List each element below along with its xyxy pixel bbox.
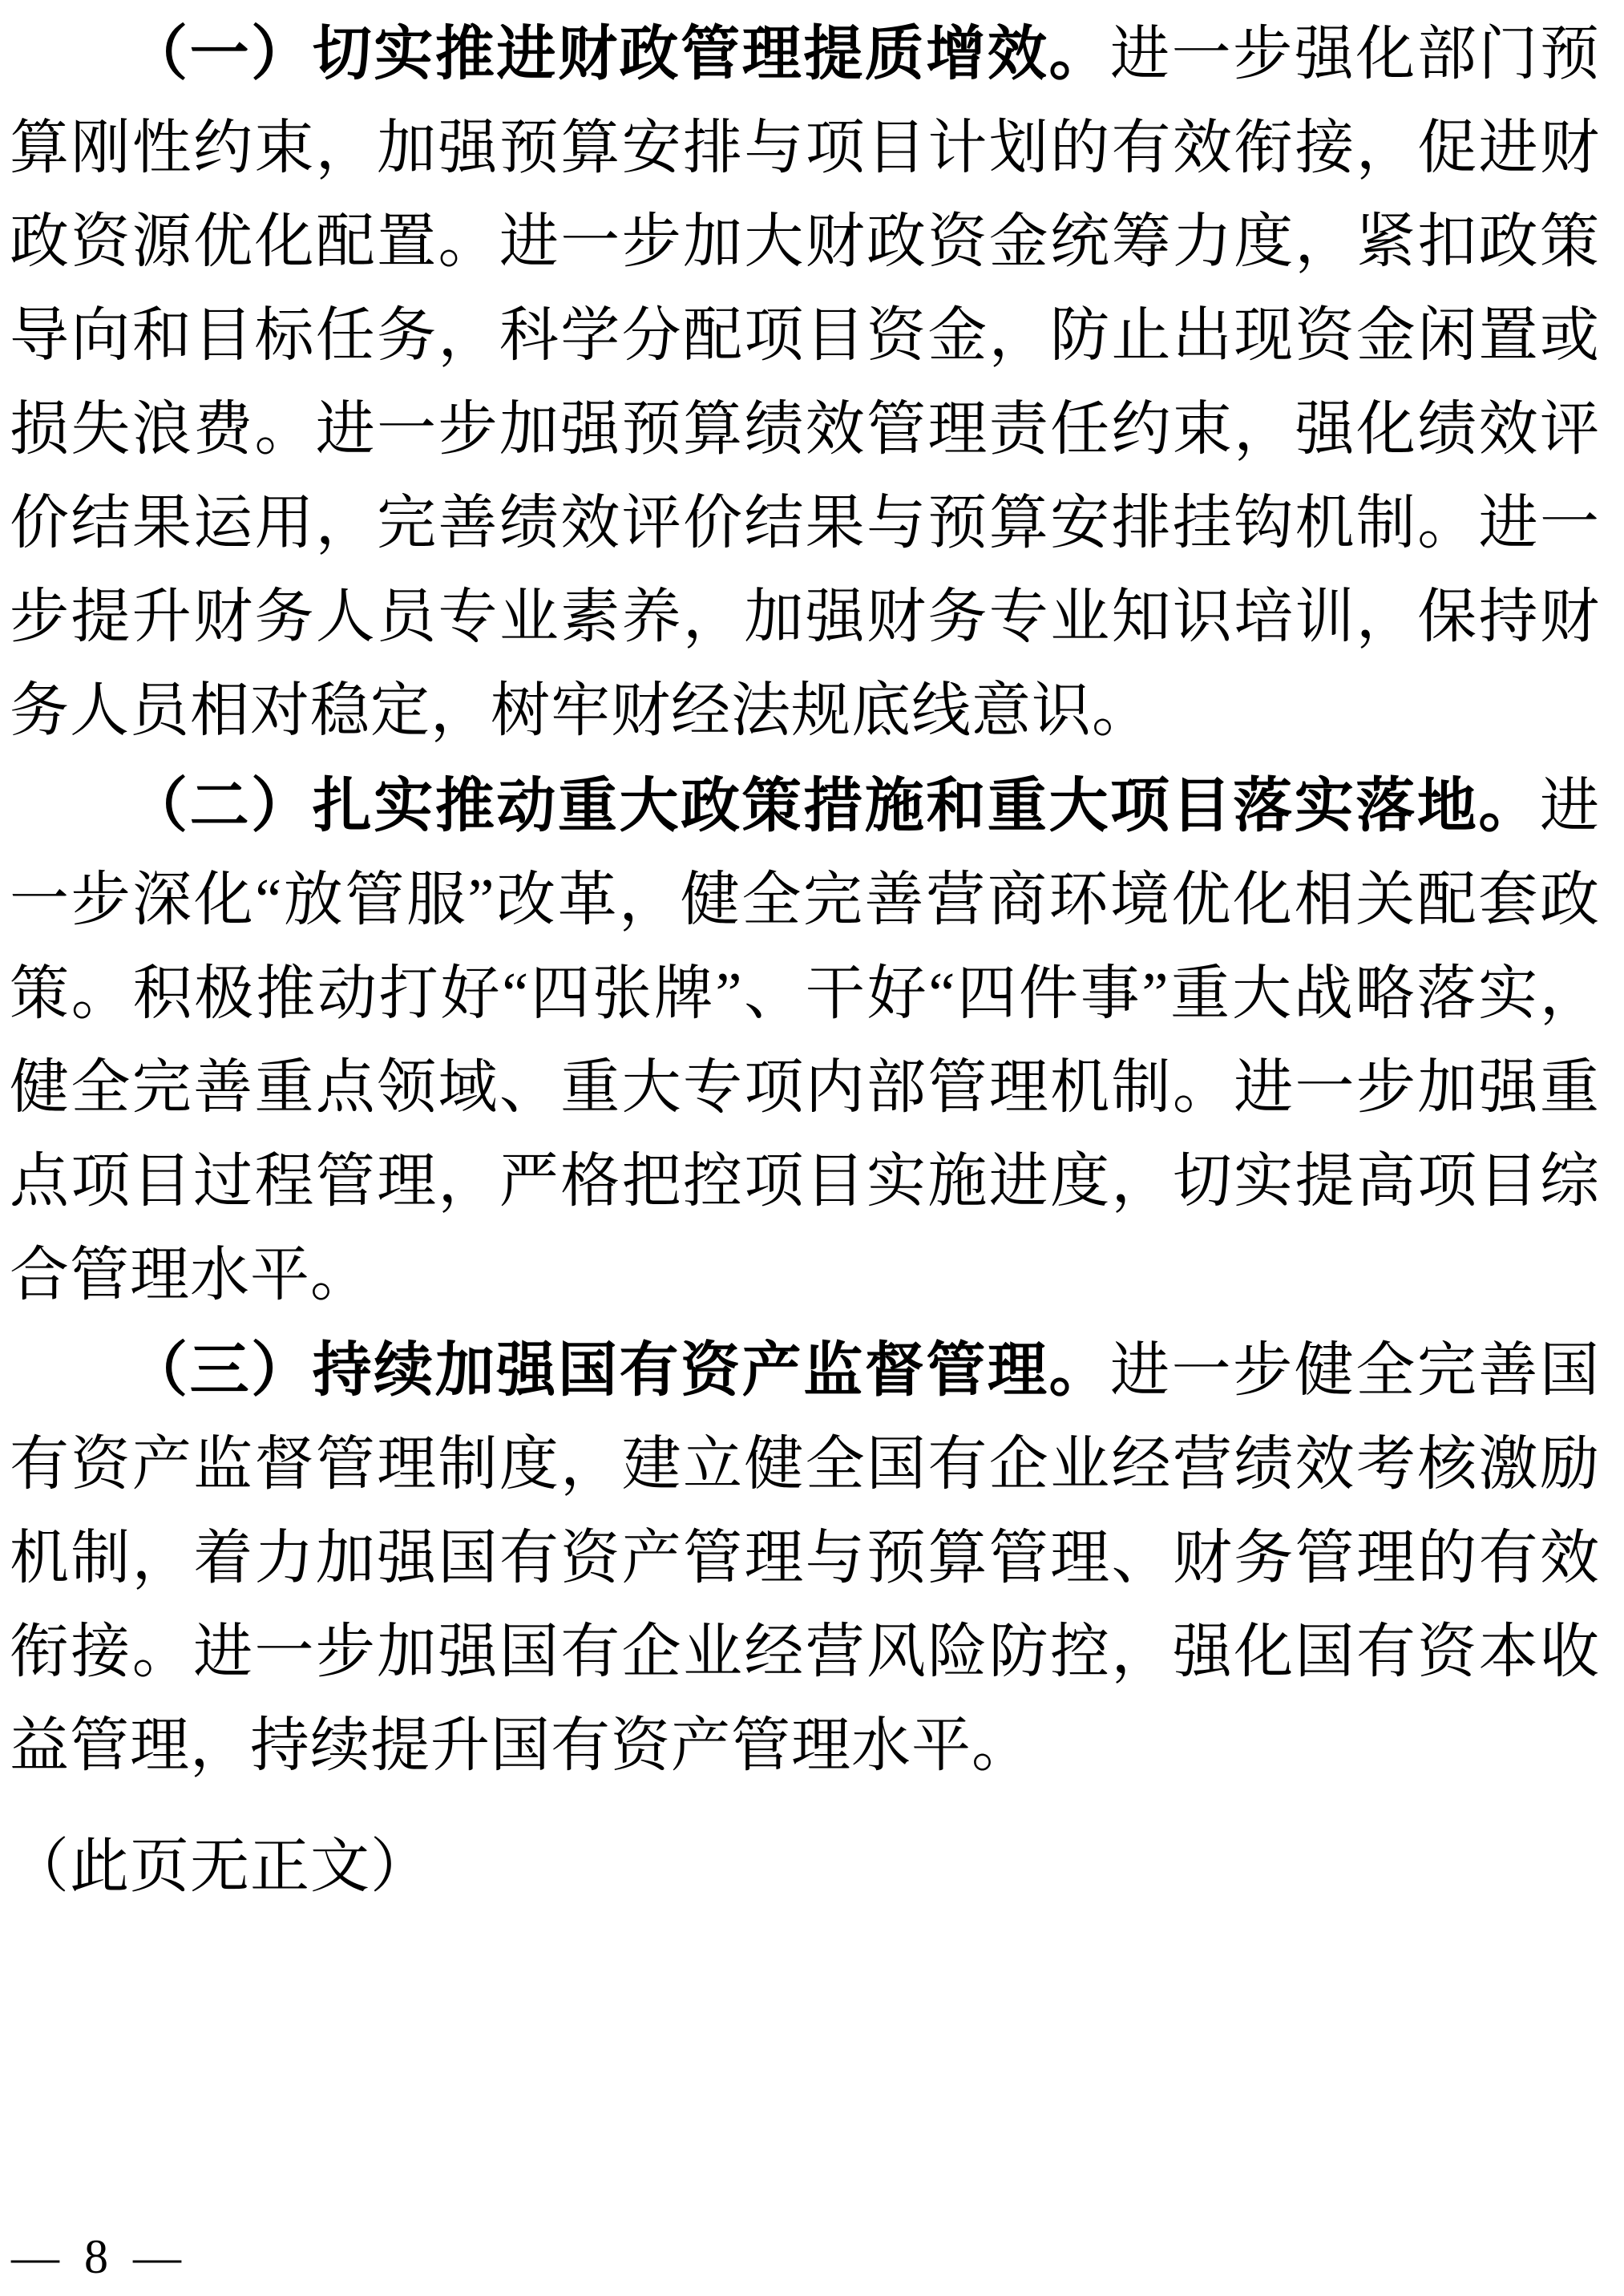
document-page: （一）切实推进财政管理提质增效。进一步强化部门预算刚性约束，加强预算安排与项目计…: [0, 0, 1624, 2296]
paragraph-3-text: 进一步健全完善国有资产监督管理制度，建立健全国有企业经营绩效考核激励机制，着力加…: [10, 1338, 1600, 1779]
page-number: — 8 —: [11, 2229, 188, 2285]
paragraph-2-heading: （二）扎实推动重大政策措施和重大项目落实落地。: [128, 772, 1540, 839]
paragraph-state-assets: （三）持续加强国有资产监督管理。进一步健全完善国有资产监督管理制度，建立健全国有…: [10, 1323, 1600, 1793]
paragraph-1-heading: （一）切实推进财政管理提质增效。: [128, 20, 1110, 87]
document-body: （一）切实推进财政管理提质增效。进一步强化部门预算刚性约束，加强预算安排与项目计…: [10, 6, 1600, 1914]
paragraph-major-policies: （二）扎实推动重大政策措施和重大项目落实落地。进一步深化“放管服”改革，健全完善…: [10, 758, 1600, 1323]
paragraph-finance-management: （一）切实推进财政管理提质增效。进一步强化部门预算刚性约束，加强预算安排与项目计…: [10, 6, 1600, 758]
paragraph-2-text: 进一步深化“放管服”改革，健全完善营商环境优化相关配套政策。积极推动打好“四张牌…: [10, 774, 1600, 1308]
no-body-text-note: （此页无正文）: [10, 1821, 1600, 1914]
paragraph-3-heading: （三）持续加强国有资产监督管理。: [128, 1336, 1110, 1403]
paragraph-1-text: 进一步强化部门预算刚性约束，加强预算安排与项目计划的有效衔接，促进财政资源优化配…: [10, 22, 1600, 744]
